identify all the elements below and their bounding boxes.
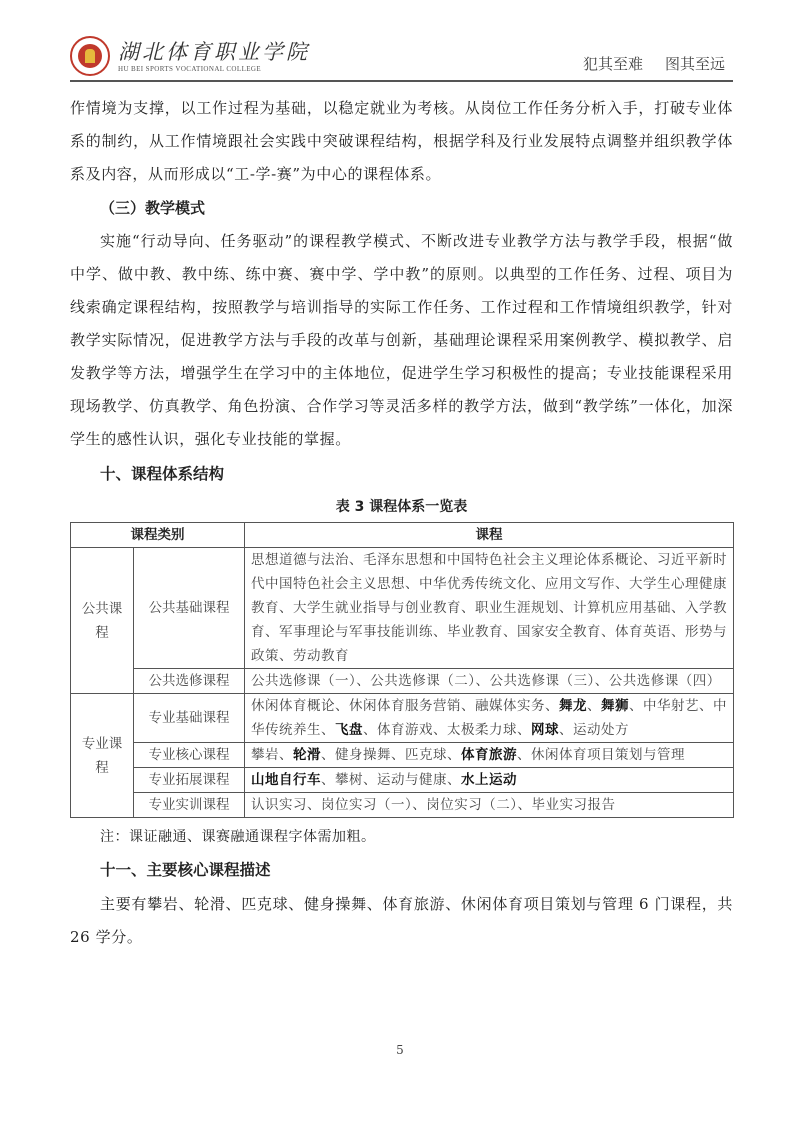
courses-cell: 休闲体育概论、休闲体育服务营销、融媒体实务、舞龙、舞狮、中华射艺、中华传统养生、… [245,694,734,743]
page-header: 湖北体育职业学院 HU BEI SPORTS VOCATIONAL COLLEG… [70,36,733,82]
course-text: 、健身操舞、匹克球、 [321,747,461,763]
table-header-row: 课程类别 课程 [71,523,734,548]
category-cell: 专业课程 [71,694,134,818]
table-note: 注：课证融通、课赛融通课程字体需加粗。 [70,822,733,852]
college-logo: 湖北体育职业学院 HU BEI SPORTS VOCATIONAL COLLEG… [70,36,310,76]
section-heading-core-courses: 十一、主要核心课程描述 [70,852,733,888]
subheading-teaching-mode: （三）教学模式 [70,191,733,225]
section-heading-curriculum-structure: 十、课程体系结构 [70,456,733,492]
course-text: 、运动处方 [559,722,629,738]
subcategory-cell: 公共选修课程 [134,669,245,694]
courses-cell: 攀岩、轮滑、健身操舞、匹克球、体育旅游、休闲体育项目策划与管理 [245,743,734,768]
motto-left: 犯其至难 [583,55,643,73]
bold-course-name: 山地自行车 [251,772,321,788]
bold-course-name: 舞龙 [559,698,587,714]
table-row: 专业课程专业基础课程休闲体育概论、休闲体育服务营销、融媒体实务、舞龙、舞狮、中华… [71,694,734,743]
header-category: 课程类别 [71,523,245,548]
course-text: 攀岩、 [251,747,293,763]
paragraph-teaching-mode: 实施“行动导向、任务驱动”的课程教学模式、不断改进专业教学方法与教学手段，根据“… [70,225,733,456]
college-motto: 犯其至难图其至远 [583,53,725,74]
category-cell: 公共课程 [71,548,134,694]
bold-course-name: 体育旅游 [461,747,517,763]
table-row: 公共选修课程公共选修课（一）、公共选修课（二）、公共选修课（三）、公共选修课（四… [71,669,734,694]
page-content: 作情境为支撑，以工作过程为基础，以稳定就业为考核。从岗位工作任务分析入手，打破专… [70,92,733,954]
bold-course-name: 网球 [531,722,559,738]
motto-right: 图其至远 [665,55,725,73]
courses-cell: 公共选修课（一）、公共选修课（二）、公共选修课（三）、公共选修课（四） [245,669,734,694]
course-text: 、体育游戏、太极柔力球、 [363,722,531,738]
courses-cell: 山地自行车、攀树、运动与健康、水上运动 [245,768,734,793]
course-text: 休闲体育概论、休闲体育服务营销、融媒体实务、 [251,698,559,714]
course-text: 、休闲体育项目策划与管理 [517,747,685,763]
table-body: 公共课程公共基础课程思想道德与法治、毛泽东思想和中国特色社会主义理论体系概论、习… [71,548,734,818]
college-name-cn: 湖北体育职业学院 [118,40,310,64]
courses-cell: 思想道德与法治、毛泽东思想和中国特色社会主义理论体系概论、习近平新时代中国特色社… [245,548,734,669]
course-text: 公共选修课（一）、公共选修课（二）、公共选修课（三）、公共选修课（四） [251,673,721,689]
bold-course-name: 水上运动 [461,772,517,788]
table-row: 公共课程公共基础课程思想道德与法治、毛泽东思想和中国特色社会主义理论体系概论、习… [71,548,734,669]
course-text: 、 [587,698,601,714]
header-courses: 课程 [245,523,734,548]
subcategory-cell: 公共基础课程 [134,548,245,669]
page-number: 5 [0,1043,800,1057]
college-seal-icon [70,36,110,76]
courses-cell: 认识实习、岗位实习（一）、岗位实习（二）、毕业实习报告 [245,793,734,818]
subcategory-cell: 专业核心课程 [134,743,245,768]
college-name-en: HU BEI SPORTS VOCATIONAL COLLEGE [118,65,310,73]
paragraph-core-courses: 主要有攀岩、轮滑、匹克球、健身操舞、体育旅游、休闲体育项目策划与管理 6 门课程… [70,888,733,954]
bold-course-name: 舞狮 [601,698,629,714]
table-caption: 表 3 课程体系一览表 [70,494,733,520]
subcategory-cell: 专业拓展课程 [134,768,245,793]
course-text: 、攀树、运动与健康、 [321,772,461,788]
course-text: 思想道德与法治、毛泽东思想和中国特色社会主义理论体系概论、习近平新时代中国特色社… [251,552,727,664]
subcategory-cell: 专业基础课程 [134,694,245,743]
table-row: 专业核心课程攀岩、轮滑、健身操舞、匹克球、体育旅游、休闲体育项目策划与管理 [71,743,734,768]
table-row: 专业拓展课程山地自行车、攀树、运动与健康、水上运动 [71,768,734,793]
table-row: 专业实训课程认识实习、岗位实习（一）、岗位实习（二）、毕业实习报告 [71,793,734,818]
bold-course-name: 飞盘 [335,722,363,738]
bold-course-name: 轮滑 [293,747,321,763]
subcategory-cell: 专业实训课程 [134,793,245,818]
paragraph-continuation: 作情境为支撑，以工作过程为基础，以稳定就业为考核。从岗位工作任务分析入手，打破专… [70,92,733,191]
course-text: 认识实习、岗位实习（一）、岗位实习（二）、毕业实习报告 [251,797,616,813]
curriculum-table: 课程类别 课程 公共课程公共基础课程思想道德与法治、毛泽东思想和中国特色社会主义… [70,522,734,818]
